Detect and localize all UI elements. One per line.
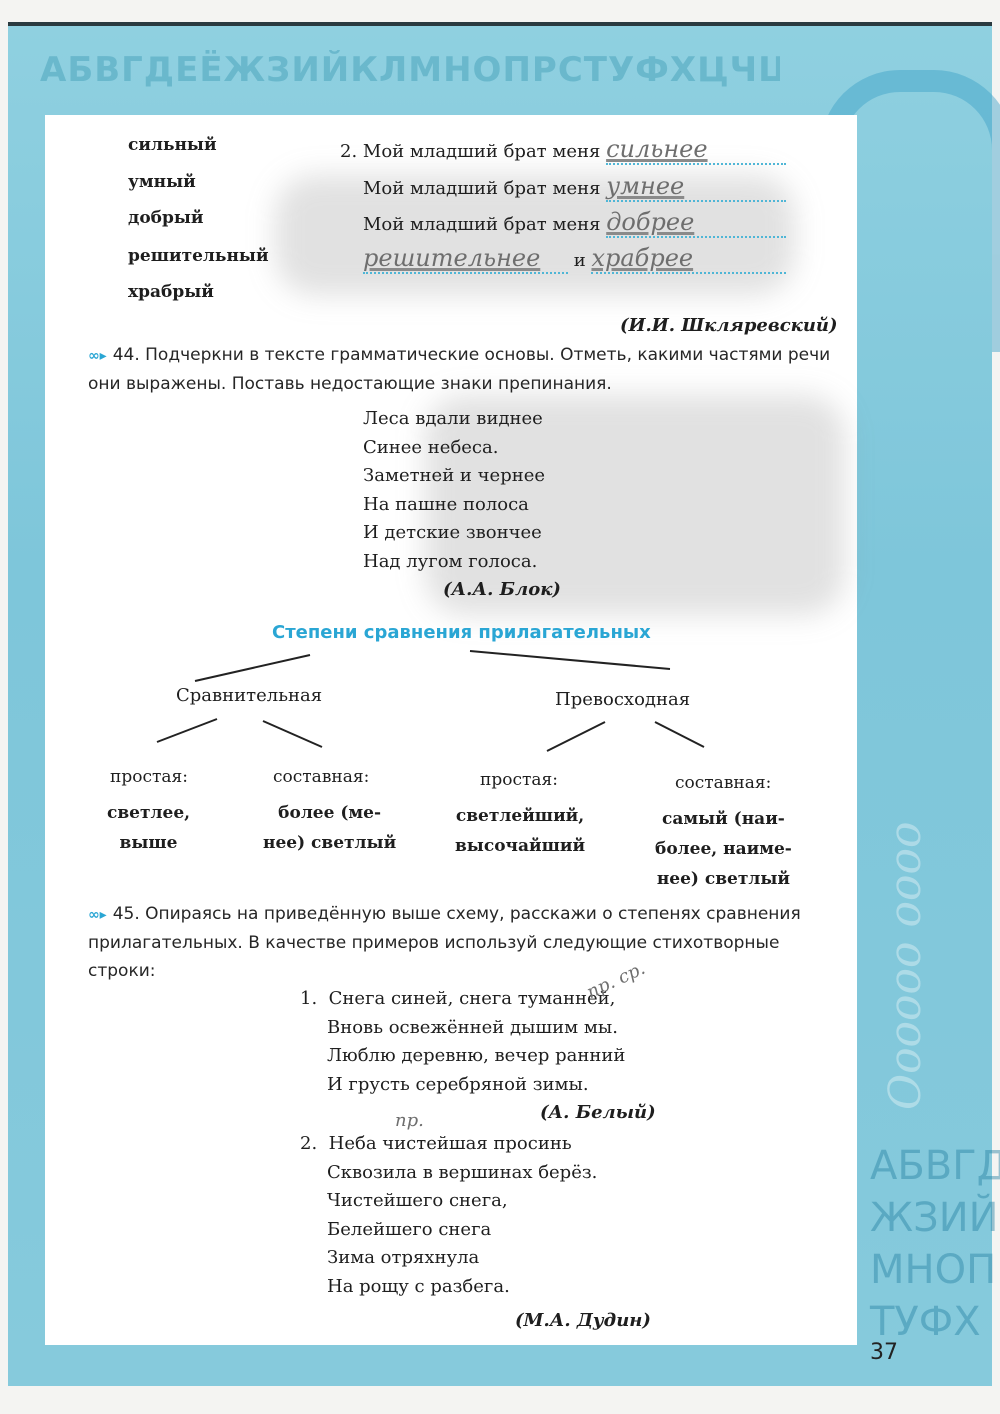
example-word: светлейший, bbox=[455, 801, 585, 831]
example-word: высочайший bbox=[455, 831, 585, 861]
decor-letters-row: МНОП bbox=[870, 1244, 990, 1296]
poem-line: Вновь освежённей дышим мы. bbox=[327, 1014, 656, 1043]
scheme-leaf-label: простая: bbox=[480, 770, 558, 790]
decorative-script: Оооооо оооо bbox=[880, 330, 980, 1110]
scheme-node-comparative: Сравнительная bbox=[176, 685, 322, 706]
exercise-45-poem-1: 1. Снега синей, снега туманней, Вновь ос… bbox=[300, 985, 656, 1128]
author-citation: (А. Белый) bbox=[540, 1099, 656, 1128]
task-text: 45. Опираясь на приведённую выше схему, … bbox=[88, 904, 801, 981]
decor-letters-row: АБВГД bbox=[870, 1140, 990, 1192]
poem-line: И грусть серебряной зимы. bbox=[327, 1071, 656, 1100]
scheme-leaf-label: составная: bbox=[273, 767, 369, 787]
scheme-examples: светлейший, высочайший bbox=[455, 801, 585, 861]
example-word: нее) светлый bbox=[655, 864, 792, 894]
example-word: светлее, bbox=[107, 798, 190, 828]
poem-line: Белейшего снега bbox=[327, 1216, 651, 1245]
author-citation: (М.А. Дудин) bbox=[515, 1307, 651, 1336]
page-number: 37 bbox=[870, 1340, 898, 1365]
example-word: самый (наи- bbox=[655, 804, 792, 834]
poem-text: Снега синей, снега туманней, bbox=[329, 988, 616, 1009]
scheme-node-superlative: Превосходная bbox=[555, 689, 690, 710]
example-word: более, наиме- bbox=[655, 834, 792, 864]
exercise-45-task: ∞▸45. Опираясь на приведённую выше схему… bbox=[88, 900, 833, 985]
task-link-icon: ∞▸ bbox=[88, 907, 107, 923]
scheme-leaf-label: составная: bbox=[675, 773, 771, 793]
poem-line: Сквозила в вершинах берёз. bbox=[327, 1159, 651, 1188]
poem-line: Люблю деревню, вечер ранний bbox=[327, 1042, 656, 1071]
decor-letters-row: ЖЗИЙ bbox=[870, 1192, 990, 1244]
poem-line: Зима отряхнула bbox=[327, 1244, 651, 1273]
example-word: более (ме- bbox=[263, 798, 396, 828]
poem-line: На рощу с разбега. bbox=[327, 1273, 651, 1302]
handwritten-annotation: пр. bbox=[395, 1110, 424, 1131]
example-word: нее) светлый bbox=[263, 828, 396, 858]
exercise-45-poem-2: 2. Неба чистейшая просинь Сквозила в вер… bbox=[300, 1130, 651, 1336]
scheme-connector-lines bbox=[45, 115, 857, 915]
poem-number: 1. bbox=[300, 988, 317, 1009]
decorative-letters: АБВГД ЖЗИЙ МНОП ТУФХ bbox=[870, 1140, 990, 1348]
poem-line: Чистейшего снега, bbox=[327, 1187, 651, 1216]
scheme-examples: самый (наи- более, наиме- нее) светлый bbox=[655, 804, 792, 894]
poem-line: 2. Неба чистейшая просинь bbox=[300, 1130, 651, 1159]
decorative-alphabet-band: АБВГДЕЁЖЗИЙКЛМНОПРСТУФХЦЧШЩ bbox=[40, 50, 780, 90]
example-word: выше bbox=[107, 828, 190, 858]
scheme-leaf-label: простая: bbox=[110, 767, 188, 787]
scheme-examples: более (ме- нее) светлый bbox=[263, 798, 396, 858]
poem-text: Неба чистейшая просинь bbox=[329, 1133, 572, 1154]
poem-number: 2. bbox=[300, 1133, 317, 1154]
textbook-page: сильный умный добрый решительный храбрый… bbox=[45, 115, 857, 1345]
scheme-examples: светлее, выше bbox=[107, 798, 190, 858]
